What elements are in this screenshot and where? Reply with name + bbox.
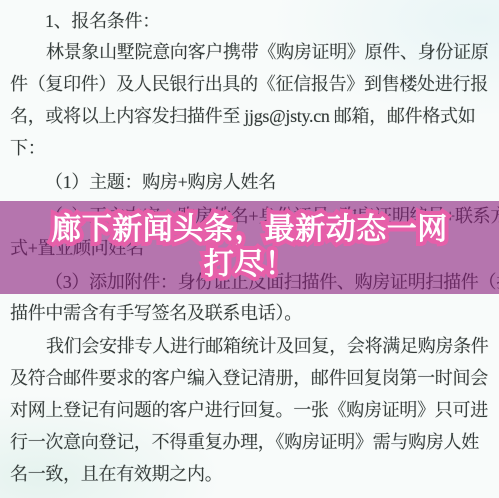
document-line: 件（复印件）及人民银行出具的《征信报告》到售楼处进行报 [10, 73, 488, 95]
document-line: 名，或将以上内容发扫描件至 jjgs@jsty.cn 邮箱，邮件格式如 [10, 105, 475, 127]
document-line: 我们会安排专人进行邮箱统计及回复，会将满足购房条件 [46, 335, 489, 357]
document-line: 1、报名条件： [45, 10, 160, 32]
document-line: （1）主题：购房+购房人姓名 [45, 171, 276, 193]
document-line: 对网上登记有问题的客户进行回复。一张《购房证明》只可进 [10, 399, 488, 421]
document-line: 及符合邮件要求的客户编入登记清册，邮件回复岗第一时间会 [10, 367, 488, 389]
document-line: 名一致，且在有效期之内。 [10, 463, 222, 485]
banner-headline-line1: 廊下新闻头条，最新动态一网 [51, 212, 448, 247]
news-banner-overlay: 廊下新闻头条，最新动态一网 打尽！ [0, 201, 499, 294]
banner-headline-line2: 打尽！ [204, 247, 296, 282]
document-line: 描件中需含有手写签名及联系电话）。 [10, 302, 302, 324]
document-line: 下： [10, 137, 45, 159]
document-line: 林景象山墅院意向客户携带《购房证明》原件、身份证原 [46, 41, 489, 63]
document-line: 行一次意向登记，不得重复办理，《购房证明》需与购房人姓 [10, 431, 479, 453]
document-page: 1、报名条件：林景象山墅院意向客户携带《购房证明》原件、身份证原件（复印件）及人… [0, 0, 499, 498]
